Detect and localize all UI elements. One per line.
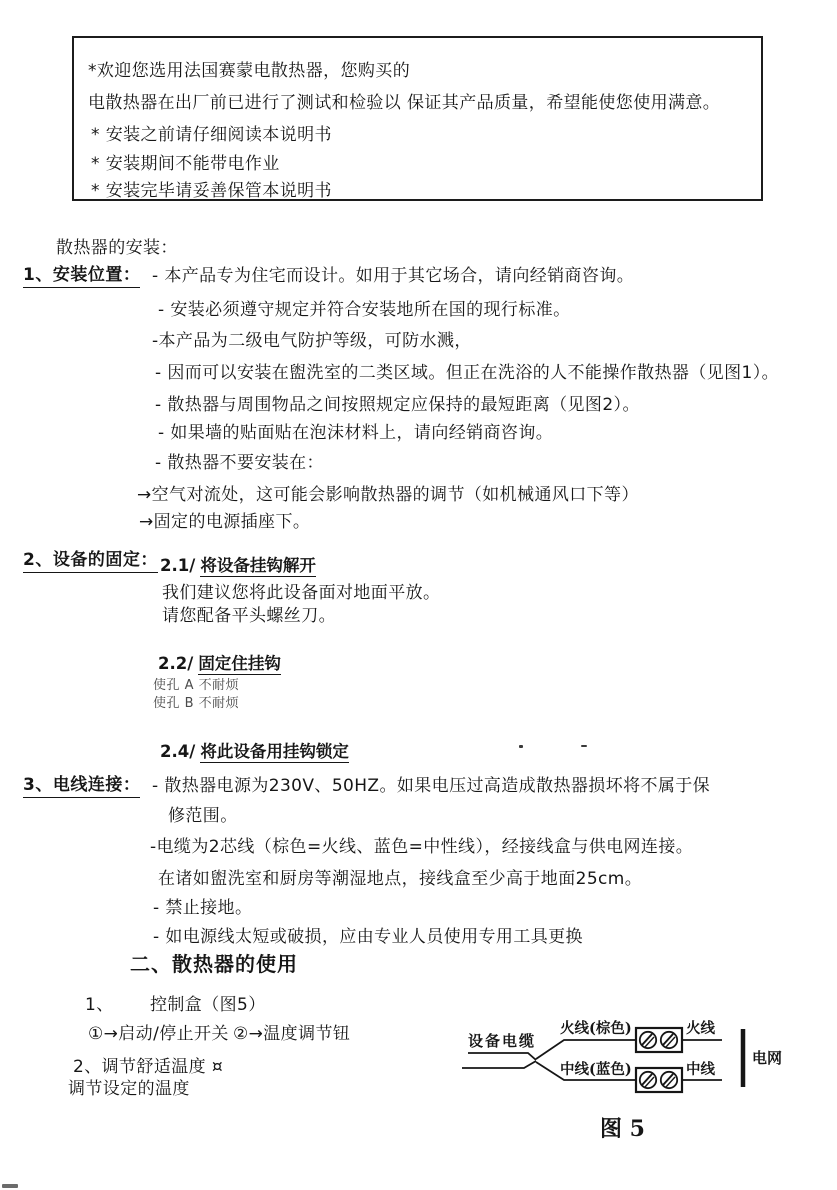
section-2-label: 2、设备的固定： [23, 550, 158, 573]
manual-page: *欢迎您选用法国赛蒙电散热器，您购买的 电散热器在出厂前已进行了测试和检验以 保… [0, 0, 837, 1190]
usage-item-1-label: 控制盒（图5） [150, 990, 266, 1015]
figure-5-wiring-diagram: 设备电缆 火线(棕色) 火线 中线(蓝色) 中线 电网 图 5 [440, 1000, 790, 1150]
step-2-2-number: 2.2/ [158, 654, 193, 673]
neutral-wire-label: 中线(蓝色) [560, 1060, 632, 1078]
notice-line-2: 电散热器在出厂前已进行了测试和检验以 保证其产品质量，希望能使您使用满意。 [88, 88, 720, 113]
wiring-line: - 禁止接地。 [153, 893, 252, 918]
wiring-line: - 如电源线太短或破损，应由专业人员使用专用工具更换 [153, 922, 583, 947]
position-item: - 本产品专为住宅而设计。如用于其它场合，请向经销商咨询。 [152, 261, 634, 286]
step-2-4-number: 2.4/ [160, 742, 195, 761]
figure-5-caption: 图 5 [600, 1116, 645, 1142]
notice-line-3: * 安装之前请仔细阅读本说明书 [91, 120, 332, 145]
control-legend-switch: ①→启动/停止开关 [88, 1019, 229, 1044]
cable-bottom-edge [462, 1061, 536, 1068]
neutral-wire-right-label: 中线 [686, 1061, 715, 1078]
section-1-label: 1、安装位置： [23, 265, 140, 288]
screw-terminal-icon [661, 1032, 677, 1048]
notice-line-5: * 安装完毕请妥善保管本说明书 [91, 176, 332, 201]
position-item: - 如果墙的贴面贴在泡沫材料上，请向经销商咨询。 [158, 418, 553, 443]
section-3-label: 3、电线连接： [23, 775, 140, 798]
wiring-line: 修范围。 [168, 801, 238, 826]
position-item: - 散热器不要安装在： [155, 448, 324, 473]
position-item: -本产品为二级电气防护等级，可防水溅， [152, 326, 472, 351]
wiring-line: -电缆为2芯线（棕色=火线、蓝色=中性线），经接线盒与供电网连接。 [150, 832, 693, 857]
scan-artifact-dot [519, 745, 523, 748]
mains-label: 电网 [752, 1049, 782, 1067]
cable-top-edge [468, 1053, 536, 1060]
scan-artifact-dot [581, 745, 587, 747]
usage-item-1-number: 1、 [85, 990, 114, 1015]
usage-item-2-sub: 调节设定的温度 [68, 1074, 190, 1099]
wiring-line: 在诸如盥洗室和厨房等潮湿地点，接线盒至少高于地面25cm。 [158, 864, 642, 889]
step-2-2-note: 使孔 A 不耐烦 [153, 674, 239, 693]
position-item: - 散热器与周围物品之间按照规定应保持的最短距离（见图2）。 [155, 390, 640, 415]
position-arrow-note: →空气对流处，这可能会影响散热器的调节（如机械通风口下等） [137, 480, 639, 505]
step-2-2-note: 使孔 B 不耐烦 [153, 692, 239, 711]
step-2-2-title: 固定住挂钩 [198, 654, 281, 675]
screw-terminal-icon [640, 1032, 656, 1048]
live-wire-right-label: 火线 [686, 1020, 715, 1037]
control-legend-knob: ②→温度调节钮 [233, 1019, 350, 1044]
notice-line-1: *欢迎您选用法国赛蒙电散热器，您购买的 [88, 56, 410, 81]
position-arrow-note: →固定的电源插座下。 [139, 507, 310, 532]
wiring-line: - 散热器电源为230V、50HZ。如果电压过高造成散热器损坏将不属于保 [152, 771, 710, 796]
position-item: - 因而可以安装在盥洗室的二类区域。但正在洗浴的人不能操作散热器（见图1）。 [155, 358, 779, 383]
step-2-4-title: 将此设备用挂钩锁定 [200, 742, 349, 763]
step-2-1-number: 2.1/ [160, 556, 195, 575]
position-item: - 安装必须遵守规定并符合安装地所在国的现行标准。 [158, 295, 571, 320]
live-wire-label: 火线(棕色) [560, 1019, 632, 1037]
step-2-1-line: 请您配备平头螺丝刀。 [162, 601, 336, 626]
cable-label: 设备电缆 [468, 1032, 536, 1050]
screw-terminal-icon [640, 1072, 656, 1088]
notice-box: *欢迎您选用法国赛蒙电散热器，您购买的 电散热器在出厂前已进行了测试和检验以 保… [72, 36, 763, 201]
step-2-1-line: 我们建议您将此设备面对地面平放。 [162, 578, 440, 603]
step-2-1-title: 将设备挂钩解开 [200, 556, 316, 577]
screw-terminal-icon [661, 1072, 677, 1088]
scan-artifact-smudge [2, 1184, 18, 1188]
usage-heading: 二、散热器的使用 [130, 948, 298, 977]
live-wire-left [536, 1040, 636, 1059]
notice-line-4: * 安装期间不能带电作业 [91, 149, 280, 174]
installation-heading: 散热器的安装： [56, 233, 178, 258]
